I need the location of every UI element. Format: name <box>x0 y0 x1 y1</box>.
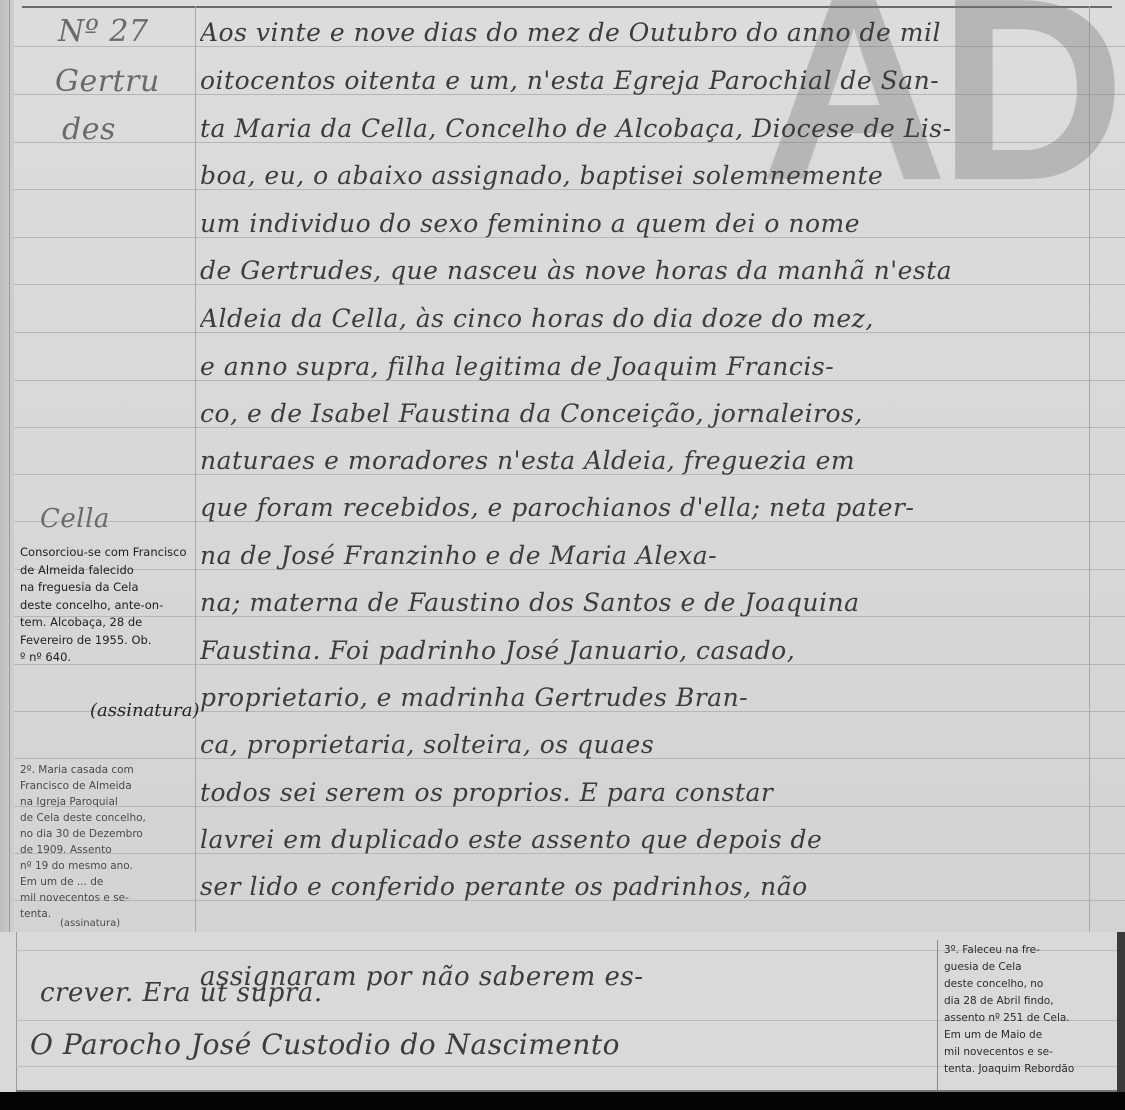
parish-priest-signature: O Parocho José Custodio do Nascimento <box>30 1028 620 1061</box>
body-line: lavrei em duplicado este assento que dep… <box>200 825 1080 854</box>
body-line: naturaes e moradores n'esta Aldeia, freg… <box>200 446 1080 475</box>
body-line: de Gertrudes, que nasceu às nove horas d… <box>200 256 1080 285</box>
body-line: um individuo do sexo feminino a quem dei… <box>200 209 1080 238</box>
page-binding-edge <box>0 0 14 932</box>
body-line: e anno supra, filha legitima de Joaquim … <box>200 352 1080 381</box>
margin-note-marriage-1: Consorciou-se com Francisco de Almeida f… <box>20 544 190 667</box>
margin-note-death: 3º. Faleceu na fre- guesia de Cela deste… <box>944 942 1119 1078</box>
body-line: Faustina. Foi padrinho José Januario, ca… <box>200 636 1080 665</box>
body-line: ser lido e conferido perante os padrinho… <box>200 872 1080 901</box>
death-note-box: 3º. Faleceu na fre- guesia de Cela deste… <box>937 940 1118 1090</box>
body-line: ta Maria da Cella, Concelho de Alcobaça,… <box>200 114 1080 143</box>
baptized-name-line-1: Gertru <box>55 64 160 99</box>
register-page-upper: AD Nº 27 Gertru des Cella Consorciou-se … <box>0 0 1125 932</box>
margin-place: Cella <box>40 504 110 534</box>
body-line: ca, proprietaria, solteira, os quaes <box>200 730 1080 759</box>
body-line: proprietario, e madrinha Gertrudes Bran- <box>200 683 1080 712</box>
entry-number: Nº 27 <box>58 14 149 49</box>
body-line: Aldeia da Cella, às cinco horas do dia d… <box>200 304 1080 333</box>
body-line: na de José Franzinho e de Maria Alexa- <box>200 541 1080 570</box>
body-line: oitocentos oitenta e um, n'esta Egreja P… <box>200 66 1080 95</box>
margin-note-marriage-2: 2º. Maria casada com Francisco de Almeid… <box>20 762 195 922</box>
body-line: co, e de Isabel Faustina da Conceição, j… <box>200 399 1080 428</box>
margin-note-1-signature: (assinatura) <box>90 700 200 721</box>
body-line: boa, eu, o abaixo assignado, baptisei so… <box>200 161 1080 190</box>
body-line: que foram recebidos, e parochianos d'ell… <box>200 493 1080 522</box>
baptized-name-line-2: des <box>62 112 116 147</box>
body-line: todos sei serem os proprios. E para cons… <box>200 778 1080 807</box>
era-ut-supra: crever. Era ut supra. <box>40 978 323 1008</box>
margin-divider-line <box>195 6 196 932</box>
body-line: na; materna de Faustino dos Santos e de … <box>200 588 1080 617</box>
margin-note-2-signature: (assinatura) <box>60 916 120 932</box>
margin-line <box>16 932 17 1092</box>
scan-border <box>0 1092 1125 1110</box>
body-line: Aos vinte e nove dias do mez de Outubro … <box>200 18 1080 47</box>
